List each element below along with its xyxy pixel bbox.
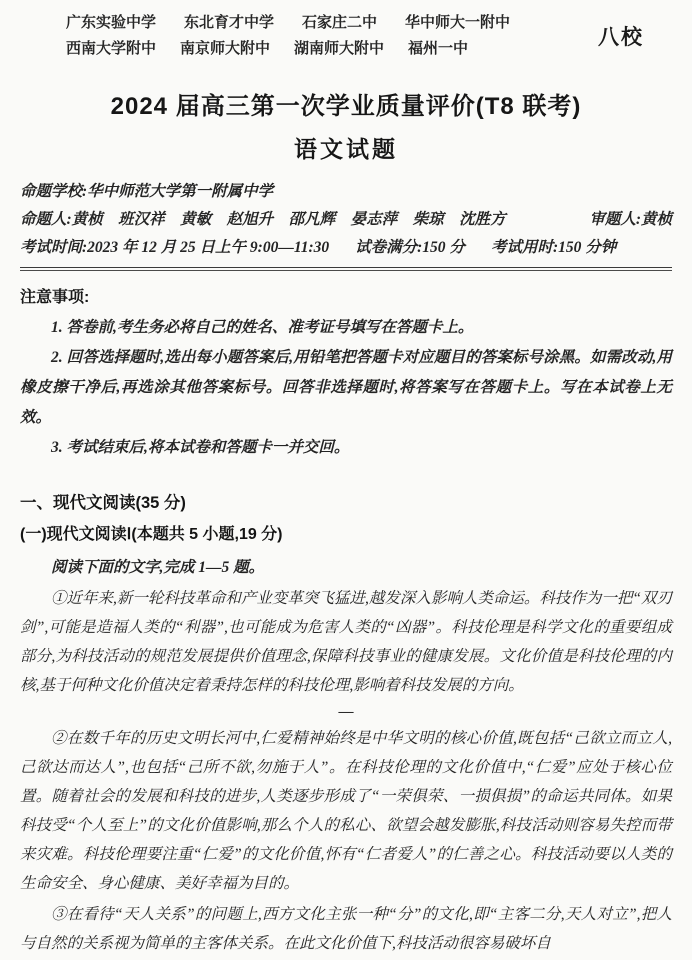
- header: 广东实验中学 东北育才中学 石家庄二中 华中师大一附中 西南大学附中 南京师大附…: [20, 10, 672, 62]
- notice-item-1: 1. 答卷前,考生务必将自己的姓名、准考证号填写在答题卡上。: [20, 313, 672, 343]
- passage-paragraph-3: ③在看待“天人关系”的问题上,西方文化主张一种“分”的文化,即“主客二分,天人对…: [20, 900, 672, 958]
- question-setters: 命题人:黄桢 班汉祥 黄敏 赵旭升 邵凡辉 晏志萍 柴琼 沈胜方: [20, 206, 506, 234]
- reading-instruction: 阅读下面的文字,完成 1—5 题。: [20, 553, 672, 582]
- notice-item-2: 2. 回答选择题时,选出每小题答案后,用铅笔把答题卡对应题目的答案标号涂黑。如需…: [20, 343, 672, 433]
- school-name: 石家庄二中: [302, 10, 377, 36]
- school-list: 广东实验中学 东北育才中学 石家庄二中 华中师大一附中 西南大学附中 南京师大附…: [66, 10, 510, 62]
- exam-duration: 考试用时:150 分钟: [491, 234, 616, 262]
- school-name: 西南大学附中: [66, 36, 156, 62]
- meta-exam-info-line: 考试时间:2023 年 12 月 25 日上午 9:00—11:30 试卷满分:…: [20, 234, 672, 262]
- subsection-heading: (一)现代文阅读Ⅰ(本题共 5 小题,19 分): [20, 521, 672, 549]
- meta-block: 命题学校:华中师范大学第一附属中学 命题人:黄桢 班汉祥 黄敏 赵旭升 邵凡辉 …: [20, 178, 672, 262]
- exam-time: 考试时间:2023 年 12 月 25 日上午 9:00—11:30: [20, 234, 329, 262]
- exam-paper-page: 广东实验中学 东北育才中学 石家庄二中 华中师大一附中 西南大学附中 南京师大附…: [0, 0, 692, 960]
- proposing-school: 命题学校:华中师范大学第一附属中学: [20, 178, 273, 206]
- school-name: 东北育才中学: [184, 10, 274, 36]
- school-name: 南京师大附中: [180, 36, 270, 62]
- passage-paragraph-2: ②在数千年的历史文明长河中,仁爱精神始终是中华文明的核心价值,既包括“己欲立而立…: [20, 724, 672, 898]
- page-number-dash: —: [20, 702, 672, 722]
- school-name: 华中师大一附中: [405, 10, 510, 36]
- double-rule-divider: [20, 267, 672, 271]
- notices-heading: 注意事项:: [20, 283, 672, 313]
- full-score: 试卷满分:150 分: [355, 234, 465, 262]
- exam-title: 2024 届高三第一次学业质量评价(T8 联考): [20, 92, 672, 122]
- passage-paragraph-1: ①近年来,新一轮科技革命和产业变革突飞猛进,越发深入影响人类命运。科技作为一把“…: [20, 584, 672, 700]
- school-list-row2: 西南大学附中 南京师大附中 湖南师大附中 福州一中: [66, 36, 510, 62]
- notice-item-3: 3. 考试结束后,将本试卷和答题卡一并交回。: [20, 433, 672, 463]
- meta-school-line: 命题学校:华中师范大学第一附属中学: [20, 178, 672, 206]
- school-name: 湖南师大附中: [294, 36, 384, 62]
- school-name: 福州一中: [408, 36, 468, 62]
- school-list-row1: 广东实验中学 东北育才中学 石家庄二中 华中师大一附中: [66, 10, 510, 36]
- notices-section: 注意事项: 1. 答卷前,考生务必将自己的姓名、准考证号填写在答题卡上。 2. …: [20, 283, 672, 463]
- meta-setters-line: 命题人:黄桢 班汉祥 黄敏 赵旭升 邵凡辉 晏志萍 柴琼 沈胜方 审题人:黄桢: [20, 206, 672, 234]
- subject-title: 语文试题: [20, 134, 672, 164]
- school-name: 广东实验中学: [66, 10, 156, 36]
- reviewer: 审题人:黄桢: [589, 206, 672, 234]
- eight-schools-badge: 八校: [598, 21, 644, 51]
- part-one-heading: 一、现代文阅读(35 分): [20, 489, 672, 517]
